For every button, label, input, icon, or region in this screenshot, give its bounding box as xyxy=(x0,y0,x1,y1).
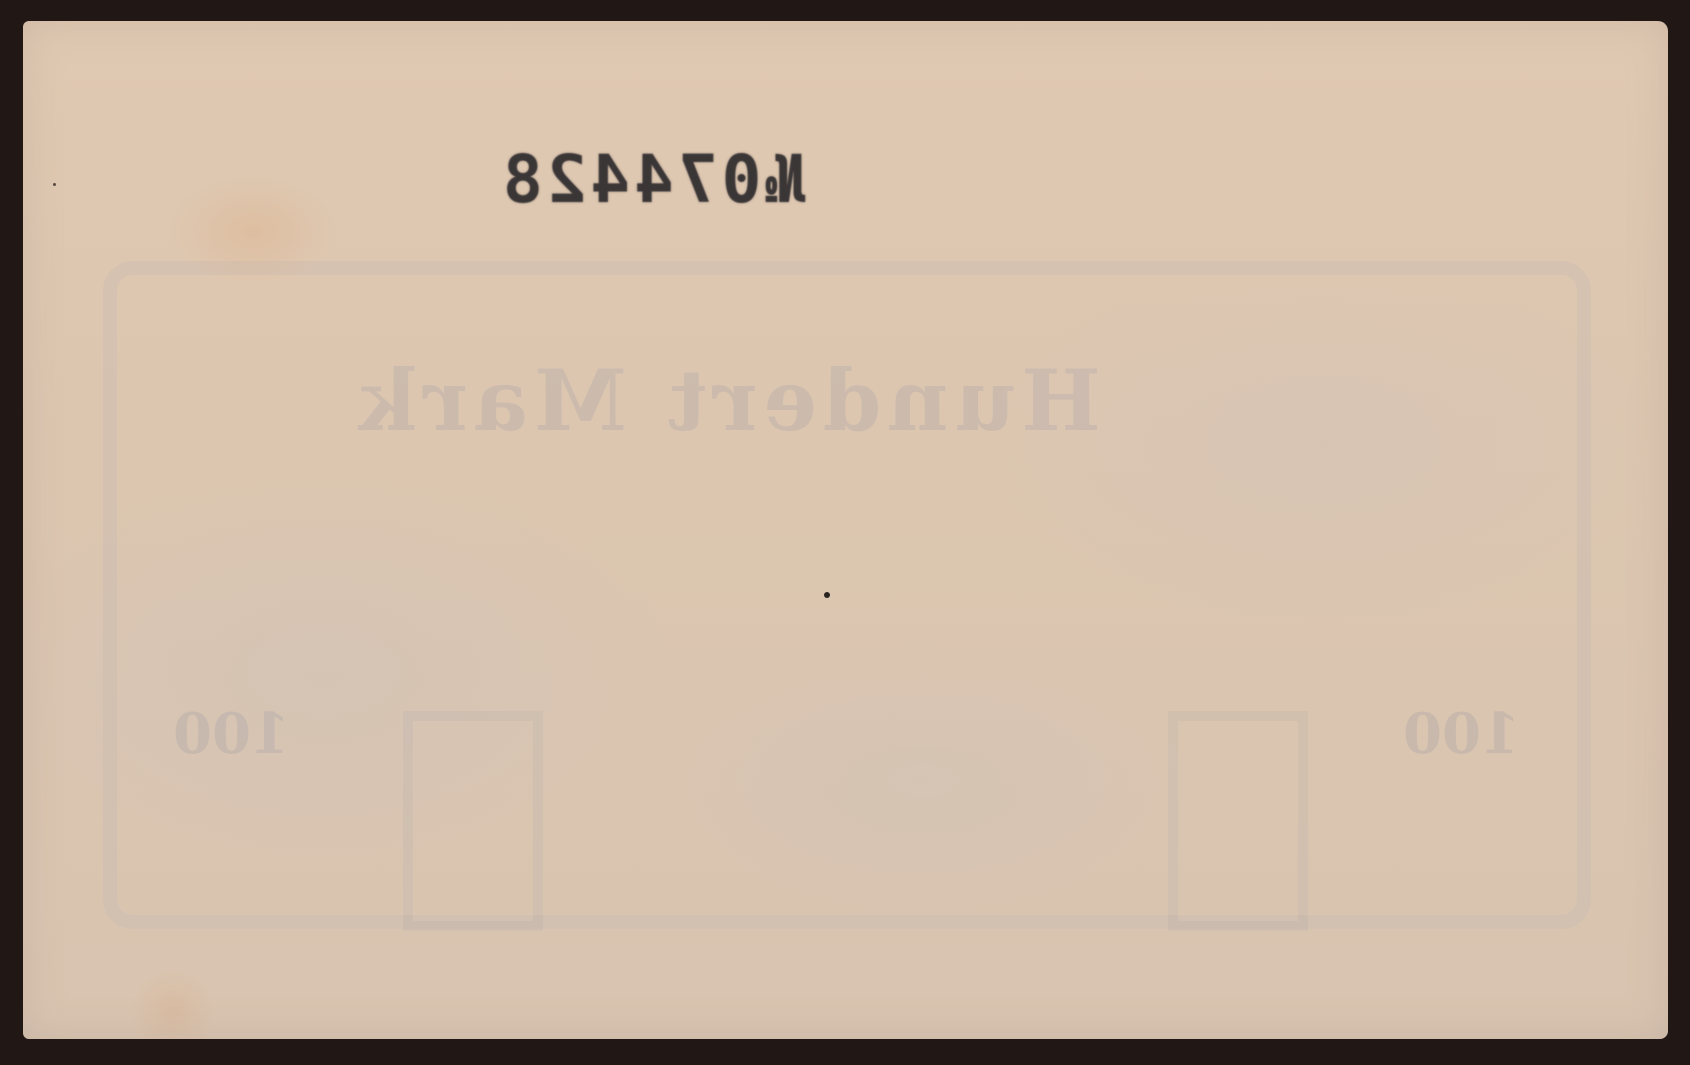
bleed-through-ornament-box xyxy=(403,711,543,931)
scan-background: Hundert Mark 100 100 №074428 xyxy=(0,0,1690,1065)
banknote-reverse: Hundert Mark 100 100 №074428 xyxy=(23,21,1668,1039)
ink-speck xyxy=(824,592,830,598)
bleed-through-denomination: 100 xyxy=(173,701,290,767)
serial-number-mirrored: №074428 xyxy=(499,141,805,218)
bleed-through-ornament-box xyxy=(1168,711,1308,931)
bleed-through-title: Hundert Mark xyxy=(353,351,1101,450)
bleed-through-text-line xyxy=(403,591,411,612)
bleed-through-text-line xyxy=(543,526,551,547)
bleed-through-denomination: 100 xyxy=(1403,701,1520,767)
bleed-through-text-line xyxy=(273,476,283,502)
ink-speck xyxy=(53,183,56,186)
